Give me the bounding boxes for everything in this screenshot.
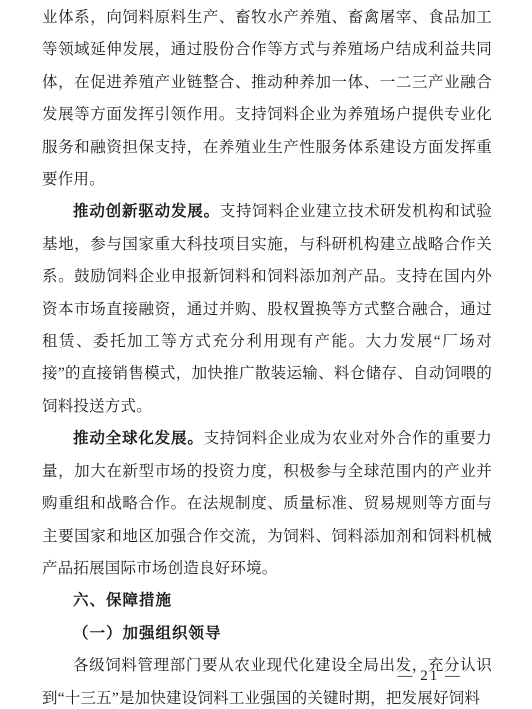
bold-lead-globalization: 推动全球化发展。	[73, 430, 204, 447]
document-body: 业体系，向饲料原料生产、畜牧水产养殖、畜禽屠宰、食品加工等领域延伸发展，通过股份…	[42, 2, 492, 709]
section-heading-safeguard-measures: 六、保障措施	[42, 585, 492, 617]
paragraph-globalization-text: 支持饲料企业成为农业对外合作的重要力量，加大在新型市场的投资力度，积极参与全球范…	[42, 430, 492, 577]
bold-lead-innovation-driven: 推动创新驱动发展。	[73, 203, 220, 220]
paragraph-innovation-text: 支持饲料企业建立技术研发机构和试验基地，参与国家重大科技项目实施，与科研机构建立…	[42, 203, 492, 414]
paragraph-globalization-development: 推动全球化发展。支持饲料企业成为农业对外合作的重要力量，加大在新型市场的投资力度…	[42, 423, 492, 585]
subsection-heading-strengthen-leadership: （一）加强组织领导	[42, 618, 492, 650]
paragraph-innovation-driven-development: 推动创新驱动发展。支持饲料企业建立技术研发机构和试验基地，参与国家重大科技项目实…	[42, 196, 492, 423]
document-page: 业体系，向饲料原料生产、畜牧水产养殖、畜禽屠宰、食品加工等领域延伸发展，通过股份…	[0, 0, 532, 709]
paragraph-industry-chain-continuation: 业体系，向饲料原料生产、畜牧水产养殖、畜禽屠宰、食品加工等领域延伸发展，通过股份…	[42, 2, 492, 196]
page-number: — 21 —	[398, 668, 463, 685]
